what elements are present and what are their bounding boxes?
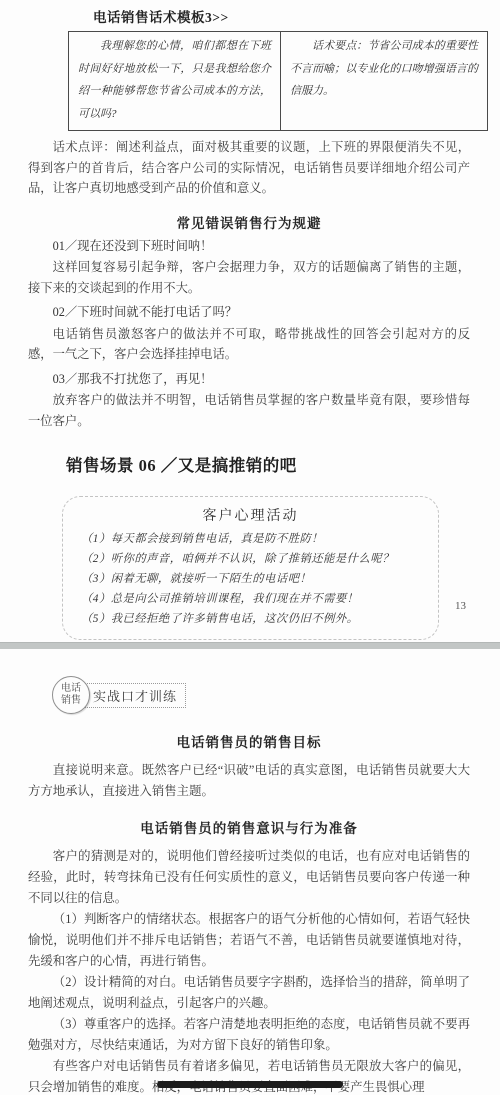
sales-awareness-heading: 电话销售员的销售意识与行为准备	[28, 817, 470, 837]
mistakes-section-heading: 常见错误销售行为规避	[28, 212, 470, 232]
psychology-item: （1）每天都会接到销售电话，真是防不胜防！	[81, 529, 420, 549]
book-page-next: 电话 销售 实战口才训练 电话销售员的销售目标 直接说明来意。既然客户已经“识破…	[0, 649, 500, 1095]
script-template-title: 电话销售话术模板3>>	[93, 6, 470, 26]
mistake-1-desc: 这样回复容易引起争辩，客户会据理力争，双方的话题偏离了销售的主题，接下来的交谈起…	[28, 257, 470, 298]
home-indicator-bar	[157, 1081, 343, 1088]
mistake-3-label: 03／那我不打扰您了，再见！	[28, 369, 470, 390]
awareness-point-2: （2）设计精简的对白。电话销售员要字字斟酌，选择恰当的措辞，简单明了地阐述观点，…	[28, 972, 470, 1014]
script-table-cell-keypoints: 话术要点：节省公司成本的重要性不言而喻；以专业化的口吻增强语言的信服力。	[281, 32, 488, 131]
psychology-item: （2）听你的声音，咱俩并不认识，除了推销还能是什么呢？	[81, 549, 420, 569]
awareness-point-3: （3）尊重客户的选择。若客户清楚地表明拒绝的态度，电话销售员就不要再勉强对方，尽…	[28, 1014, 470, 1056]
script-table: 我理解您的心情，咱们都想在下班时间好好地放松一下，只是我想给您介绍一种能够帮您节…	[68, 31, 488, 131]
mistake-2-desc: 电话销售员激怒客户的做法并不可取，略带挑战性的回答会引起对方的反感，一气之下，客…	[28, 324, 470, 365]
mistake-1-label: 01／现在还没到下班时间呐！	[28, 236, 470, 257]
awareness-point-1: （1）判断客户的情绪状态。根据客户的语气分析他的心情如何，若语气轻快愉悦，说明他…	[28, 909, 470, 972]
sales-goal-heading: 电话销售员的销售目标	[28, 731, 470, 751]
page-gap-divider	[0, 642, 500, 649]
script-comment-paragraph: 话术点评：阐述利益点，面对极其重要的议题，上下班的界限便消失不见，得到客户的首肯…	[28, 137, 470, 199]
psychology-item: （4）总是向公司推销培训课程，我们现在并不需要！	[81, 589, 420, 609]
sales-goal-paragraph: 直接说明来意。既然客户已经“识破”电话的真实意图，电话销售员就要大大方方地承认，…	[28, 760, 470, 802]
badge-text-line2: 销售	[61, 695, 81, 707]
mistake-3-desc: 放弃客户的做法并不明智，电话销售员掌握的客户数量毕竟有限，要珍惜每一位客户。	[28, 390, 470, 431]
telesales-badge-icon: 电话 销售	[52, 676, 90, 714]
customer-psychology-box: 客户心理活动 （1）每天都会接到销售电话，真是防不胜防！ （2）听你的声音，咱俩…	[62, 496, 439, 640]
awareness-intro-paragraph: 客户的猜测是对的，说明他们曾经接听过类似的电话，也有应对电话销售的经验，此时，转…	[28, 846, 470, 909]
book-page-13: 电话销售话术模板3>> 我理解您的心情，咱们都想在下班时间好好地放松一下，只是我…	[0, 0, 500, 642]
chapter-tag: 实战口才训练	[83, 683, 186, 708]
psychology-item: （5）我已经拒绝了许多销售电话，这次仍旧不例外。	[81, 609, 420, 629]
awareness-closing-paragraph: 有些客户对电话销售员有着诸多偏见，若电话销售员无限放大客户的偏见，只会增加销售的…	[28, 1056, 470, 1095]
page-number: 13	[455, 600, 466, 612]
script-table-cell-script: 我理解您的心情，咱们都想在下班时间好好地放松一下，只是我想给您介绍一种能够帮您节…	[69, 32, 281, 131]
scene-06-heading: 销售场景 06 ／又是搞推销的吧	[66, 452, 470, 476]
mistake-2-label: 02／下班时间就不能打电话了吗？	[28, 302, 470, 323]
badge-text-line1: 电话	[61, 683, 81, 695]
psychology-box-title: 客户心理活动	[81, 505, 420, 525]
table-row: 我理解您的心情，咱们都想在下班时间好好地放松一下，只是我想给您介绍一种能够帮您节…	[69, 32, 488, 131]
chapter-header: 电话 销售 实战口才训练	[52, 675, 470, 715]
psychology-item: （3）闲着无聊，就接听一下陌生的电话吧！	[81, 569, 420, 589]
